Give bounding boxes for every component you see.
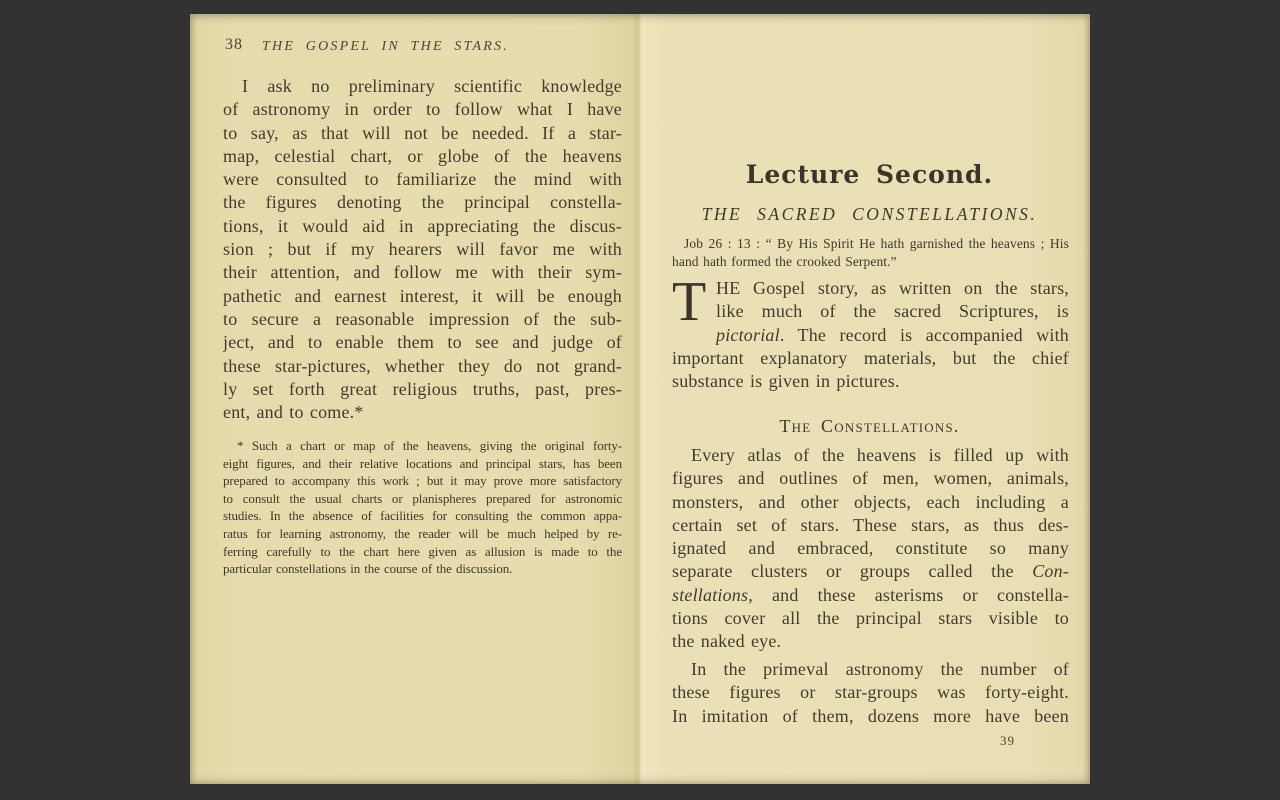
text-line: ferring carefully to the chart here give…: [223, 543, 622, 561]
text-line: hand hath formed the crooked Serpent.”: [672, 253, 1069, 271]
text-line: * Such a chart or map of the heavens, gi…: [223, 437, 622, 455]
text-line: pathetic and earnest interest, it will b…: [223, 285, 622, 308]
text-line: I ask no preliminary scientific knowledg…: [223, 75, 622, 98]
text-line: tions, it would aid in appreciating the …: [223, 215, 622, 238]
left-page-body-text: I ask no preliminary scientific knowledg…: [223, 75, 622, 424]
text-line: were consulted to familiarize the mind w…: [223, 168, 622, 191]
lecture-heading: Lecture Second.: [672, 160, 1067, 189]
text-line: to secure a reasonable impression of the…: [223, 308, 622, 331]
chapter-title: THE SACRED CONSTELLATIONS.: [672, 204, 1067, 225]
text-line: ratus for learning astronomy, the reader…: [223, 525, 622, 543]
text-line: ent, and to come.*: [223, 401, 622, 424]
text-line: tions cover all the principal stars visi…: [672, 607, 1069, 630]
text-line: map, celestial chart, or globe of the he…: [223, 145, 622, 168]
text-line: studies. In the absence of facilities fo…: [223, 507, 622, 525]
text-line: separate clusters or groups called the C…: [672, 560, 1069, 583]
text-line: monsters, and other objects, each includ…: [672, 491, 1069, 514]
text-line: figures and outlines of men, women, anim…: [672, 467, 1069, 490]
text-line: particular constellations in the course …: [223, 560, 622, 578]
left-page-footnote: * Such a chart or map of the heavens, gi…: [223, 437, 622, 578]
text-line: certain set of stars. These stars, as th…: [672, 514, 1069, 537]
text-line: pictorial. The record is accompanied wit…: [716, 324, 1069, 347]
scripture-epigraph: Job 26 : 13 : “ By His Spirit He hath ga…: [672, 235, 1069, 271]
text-line: Job 26 : 13 : “ By His Spirit He hath ga…: [672, 235, 1069, 253]
text-line: Every atlas of the heavens is filled up …: [672, 444, 1069, 467]
text-line: like much of the sacred Scriptures, is: [716, 300, 1069, 323]
text-line: the figures denoting the principal const…: [223, 191, 622, 214]
text-line: of astronomy in order to follow what I h…: [223, 98, 622, 121]
text-line: to say, as that will not be needed. If a…: [223, 122, 622, 145]
text-line: their attention, and follow me with thei…: [223, 261, 622, 284]
text-line: substance is given in pictures.: [672, 370, 1069, 393]
page-number-right: 39: [672, 733, 1067, 749]
text-line: to consult the usual charts or planisphe…: [223, 490, 622, 508]
opening-paragraph-lines: HE Gospel story, as written on the stars…: [672, 277, 1069, 393]
text-line: these star-pictures, whether they do not…: [223, 355, 622, 378]
text-line: prepared to accompany this work ; but it…: [223, 472, 622, 490]
text-line: the naked eye.: [672, 630, 1069, 653]
text-line: ly set forth great religious truths, pas…: [223, 378, 622, 401]
section-heading: The Constellations.: [672, 416, 1067, 437]
constellations-paragraph: Every atlas of the heavens is filled up …: [672, 444, 1069, 654]
left-running-head: 38 THE GOSPEL IN THE STARS.: [223, 36, 622, 60]
text-line: sion ; but if my hearers will favor me w…: [223, 238, 622, 261]
text-line: stellations, and these asterisms or cons…: [672, 584, 1069, 607]
text-line: important explanatory materials, but the…: [672, 347, 1069, 370]
primeval-astronomy-paragraph: In the primeval astronomy the number oft…: [672, 658, 1069, 728]
book-spread: 38 THE GOSPEL IN THE STARS. I ask no pre…: [190, 14, 1090, 784]
text-line: HE Gospel story, as written on the stars…: [716, 277, 1069, 300]
text-line: ject, and to enable them to see and judg…: [223, 331, 622, 354]
text-line: In imitation of them, dozens more have b…: [672, 705, 1069, 728]
text-line: eight figures, and their relative locati…: [223, 455, 622, 473]
text-line: ignated and embraced, constitute so many: [672, 537, 1069, 560]
running-header-title: THE GOSPEL IN THE STARS.: [223, 39, 548, 55]
text-line: In the primeval astronomy the number of: [672, 658, 1069, 681]
opening-paragraph: T HE Gospel story, as written on the sta…: [672, 277, 1069, 393]
viewer-background: 38 THE GOSPEL IN THE STARS. I ask no pre…: [0, 0, 1280, 800]
drop-cap-letter: T: [672, 279, 710, 325]
text-line: these figures or star-groups was forty-e…: [672, 681, 1069, 704]
